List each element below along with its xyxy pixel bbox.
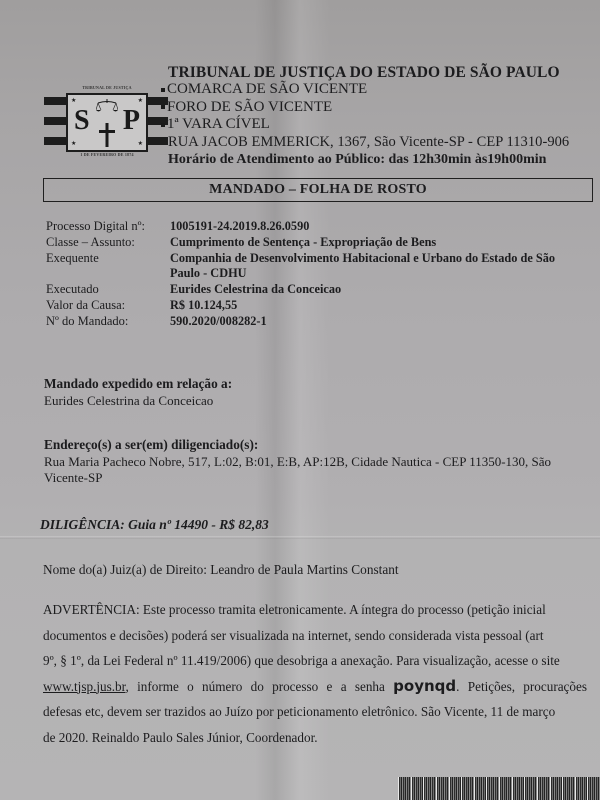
info-row-classe: Classe – Assunto: Cumprimento de Sentenç… (46, 235, 586, 251)
warning-line: www.tjsp.jus.br, informe o número do pro… (43, 674, 600, 700)
document-page: Tribunal de Justiça ★ ★ ★ ★ S P (0, 0, 600, 800)
mandado-person: Eurides Celestrina da Conceicao (44, 393, 594, 410)
info-row-valor: Valor da Causa: R$ 10.124,55 (46, 298, 586, 314)
process-info-table: Processo Digital nº: 1005191-24.2019.8.2… (46, 219, 586, 330)
warning-line: ADVERTÊNCIA: Este processo tramita eletr… (43, 597, 600, 623)
info-label: Nº do Mandado: (46, 314, 170, 330)
case-value: R$ 10.124,55 (170, 298, 586, 314)
comarca-line: COMARCA DE SÃO VICENTE (168, 81, 588, 98)
diligencia-guia: Guia nº 14490 - R$ 82,83 (128, 517, 269, 532)
address-line-1: Rua Maria Pacheco Nobre, 517, L:02, B:01… (44, 454, 594, 471)
exequente-name: Companhia de Desenvolvimento Habitaciona… (170, 251, 586, 283)
vara-line: 1ª VARA CÍVEL (168, 116, 588, 133)
cross-icon (98, 123, 116, 147)
court-address: RUA JACOB EMMERICK, 1367, São Vicente-SP… (168, 134, 588, 151)
info-label: Classe – Assunto: (46, 235, 170, 251)
class-subject: Cumprimento de Sentença - Expropriação d… (170, 235, 586, 251)
star-icon: ★ (71, 141, 76, 147)
logo-top-caption: Tribunal de Justiça (66, 85, 148, 90)
logo-shield: ★ ★ ★ ★ S P (66, 93, 148, 152)
logo-letter-p: P (123, 107, 140, 135)
info-row-mandado: Nº do Mandado: 590.2020/008282-1 (46, 314, 586, 330)
star-icon: ★ (138, 141, 143, 147)
office-hours: Horário de Atendimento ao Público: das 1… (168, 151, 588, 168)
warning-line: de 2020. Reinaldo Paulo Sales Júnior, Co… (43, 725, 600, 751)
foro-line: FORO DE SÃO VICENTE (168, 99, 588, 116)
tjsp-logo: Tribunal de Justiça ★ ★ ★ ★ S P (44, 85, 168, 165)
warning-line: documentos e decisões) poderá ser visual… (43, 623, 600, 649)
diligencia-line: DILIGÊNCIA: Guia nº 14490 - R$ 82,83 (40, 517, 269, 533)
info-label: Processo Digital nº: (46, 219, 170, 235)
paper-fold (0, 536, 600, 539)
warning-line: 9º, § 1º, da Lei Federal nº 11.419/2006)… (43, 648, 600, 674)
info-label: Valor da Causa: (46, 298, 170, 314)
document-title: MANDADO – FOLHA DE ROSTO (43, 178, 593, 202)
address-heading: Endereço(s) a ser(em) diligenciado(s): (44, 437, 594, 454)
logo-letter-s: S (74, 107, 90, 135)
mandado-heading: Mandado expedido em relação a: (44, 376, 594, 393)
star-icon: ★ (71, 98, 76, 104)
diligencia-label: DILIGÊNCIA: (40, 517, 125, 532)
barcode-icon (398, 777, 600, 800)
info-label: Executado (46, 282, 170, 298)
process-number: 1005191-24.2019.8.26.0590 (170, 219, 586, 235)
court-header: TRIBUNAL DE JUSTIÇA DO ESTADO DE SÃO PAU… (168, 64, 588, 168)
tjsp-website-link[interactable]: www.tjsp.jus.br (43, 679, 126, 694)
warning-paragraph: ADVERTÊNCIA: Este processo tramita eletr… (43, 597, 600, 750)
info-row-processo: Processo Digital nº: 1005191-24.2019.8.2… (46, 219, 586, 235)
warrant-number: 590.2020/008282-1 (170, 314, 586, 330)
logo-bottom-caption: 1 de Fevereiro de 1874 (66, 152, 148, 157)
star-icon: ★ (138, 98, 143, 104)
logo-right-stripes (146, 95, 168, 147)
info-row-executado: Executado Eurides Celestrina da Conceica… (46, 282, 586, 298)
executado-name: Eurides Celestrina da Conceicao (170, 282, 586, 298)
scales-of-justice-icon (96, 99, 118, 115)
judge-name: Nome do(a) Juiz(a) de Direito: Leandro d… (43, 562, 399, 578)
warning-line: defesas etc, devem ser trazidos ao Juízo… (43, 699, 600, 725)
address-line-2: Vicente-SP (44, 470, 594, 487)
mandado-section: Mandado expedido em relação a: Eurides C… (44, 376, 594, 409)
logo-left-stripes (44, 95, 66, 147)
info-row-exequente: Exequente Companhia de Desenvolvimento H… (46, 251, 586, 283)
tribunal-name: TRIBUNAL DE JUSTIÇA DO ESTADO DE SÃO PAU… (168, 64, 588, 81)
access-password: poynqd (393, 677, 456, 695)
info-label: Exequente (46, 251, 170, 283)
address-section: Endereço(s) a ser(em) diligenciado(s): R… (44, 437, 594, 487)
